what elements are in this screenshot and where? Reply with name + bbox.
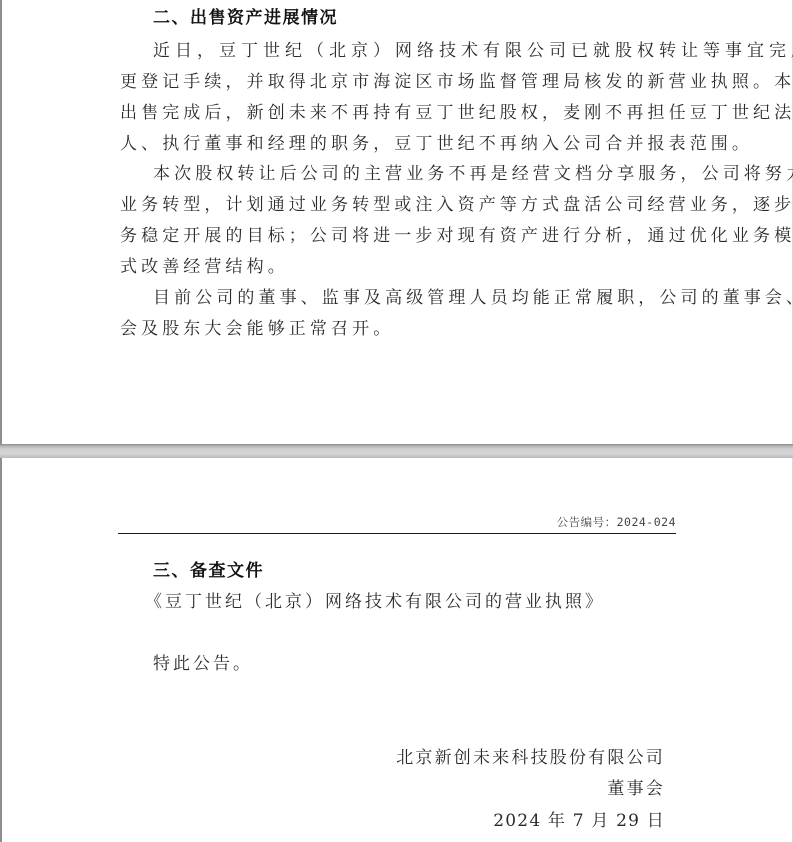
paragraph-line: 务稳定开展的目标；公司将进一步对现有资产进行分析，通过优化业务模式等方 <box>120 225 793 247</box>
section-heading-reference-documents: 三、备查文件 <box>153 560 264 582</box>
page-separator <box>0 444 793 458</box>
signature-company: 北京新创未来科技股份有限公司 <box>396 747 665 769</box>
paragraph-line: 出售完成后，新创未来不再持有豆丁世纪股权，麦刚不再担任豆丁世纪法定代表 <box>120 102 793 124</box>
document-page-1 <box>0 0 793 444</box>
paragraph-line: 会及股东大会能够正常召开。 <box>120 318 394 340</box>
paragraph-line: 人、执行董事和经理的职务，豆丁世纪不再纳入公司合并报表范围。 <box>120 133 753 155</box>
section-heading-asset-sale-progress: 二、出售资产进展情况 <box>153 7 338 29</box>
paragraph-line: 业务转型，计划通过业务转型或注入资产等方式盘活公司经营业务，逐步实现业 <box>120 194 793 216</box>
signature-board: 董事会 <box>607 778 665 800</box>
paragraph-line: 近日，豆丁世纪（北京）网络技术有限公司已就股权转让等事宜完成工商变 <box>153 40 793 62</box>
announcement-number: 公告编号：2024-024 <box>557 515 676 529</box>
paragraph-line: 式改善经营结构。 <box>120 256 289 278</box>
signature-date: 2024 年 7 月 29 日 <box>493 810 665 832</box>
header-rule <box>118 533 676 534</box>
paragraph-line: 本次股权转让后公司的主营业务不再是经营文档分享服务，公司将努力寻求 <box>153 163 793 185</box>
closing-statement: 特此公告。 <box>153 653 253 675</box>
reference-document-item: 《豆丁世纪（北京）网络技术有限公司的营业执照》 <box>145 591 605 613</box>
paragraph-line: 更登记手续，并取得北京市海淀区市场监督管理局核发的新营业执照。本次股权 <box>120 71 793 93</box>
paragraph-line: 目前公司的董事、监事及高级管理人员均能正常履职，公司的董事会、监事 <box>153 287 793 309</box>
